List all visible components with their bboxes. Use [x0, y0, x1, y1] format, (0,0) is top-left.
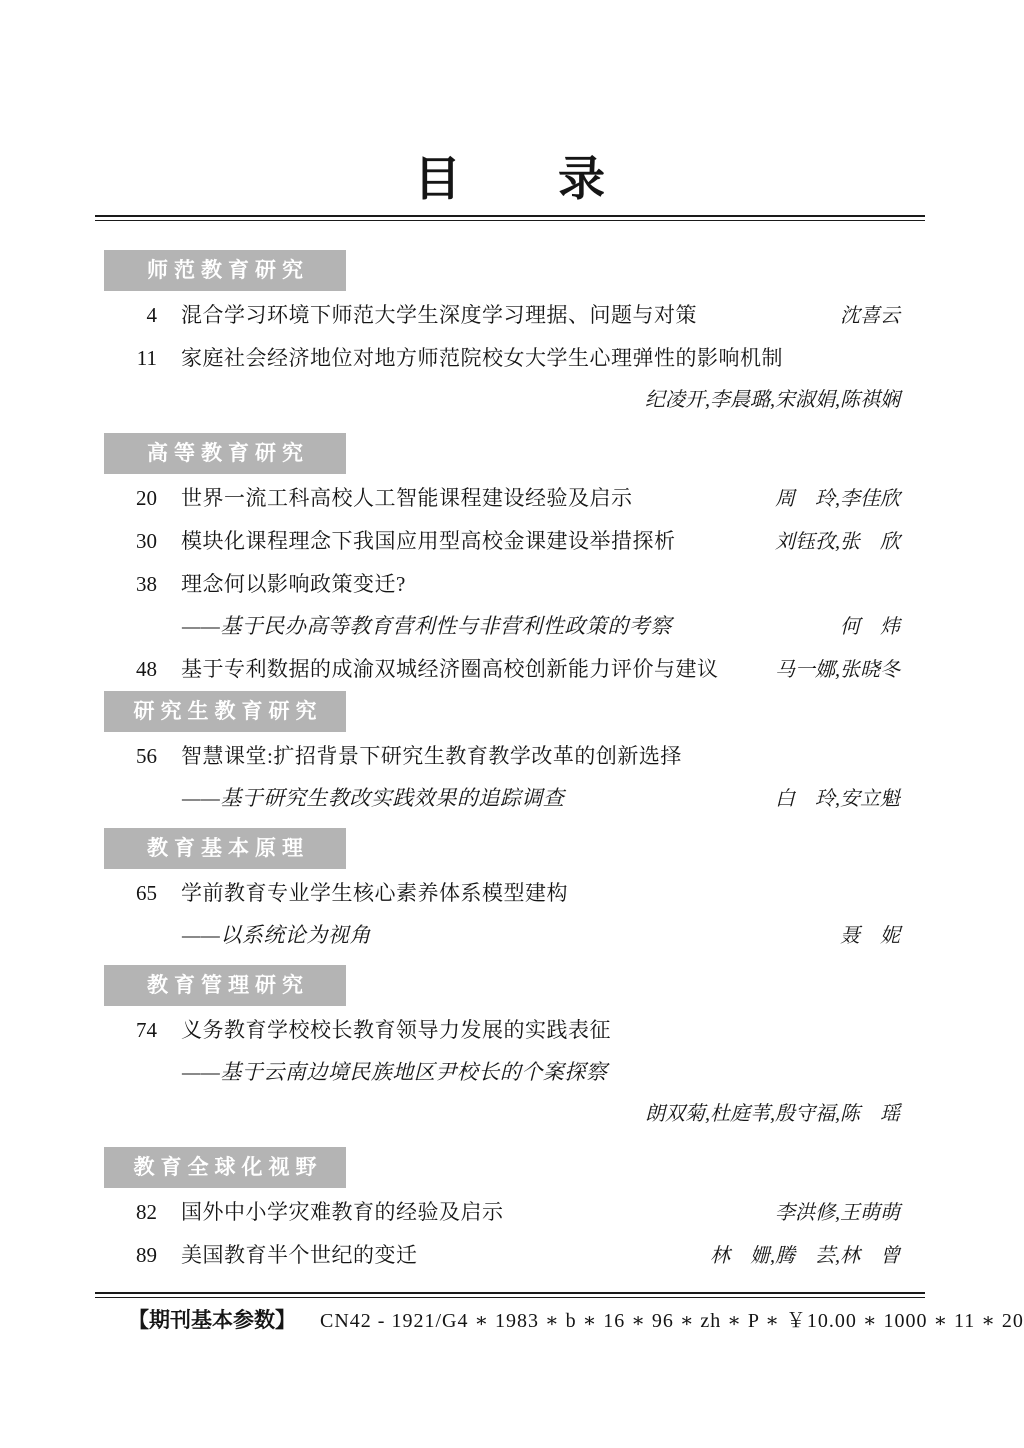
- table-row: 30 模块化课程理念下我国应用型高校金课建设举措探析 刘钰孜,张 欣: [95, 520, 925, 563]
- section-global-perspective: 教育全球化视野 82 国外中小学灾难教育的经验及启示 李洪修,王萌萌 89 美国…: [95, 1147, 925, 1277]
- article-authors: 纪凌开,李晨璐,宋淑娟,陈祺娴: [645, 379, 900, 421]
- section-header: 教育管理研究: [104, 965, 346, 1006]
- table-row: 11 家庭社会经济地位对地方师范院校女大学生心理弹性的影响机制: [95, 337, 925, 379]
- article-authors: 聂 妮: [840, 915, 900, 957]
- section-header: 教育全球化视野: [104, 1147, 346, 1188]
- section-education-management: 教育管理研究 74 义务教育学校校长教育领导力发展的实践表征 ——基于云南边境民…: [95, 965, 925, 1135]
- article-title: 模块化课程理念下我国应用型高校金课建设举措探析: [181, 520, 763, 562]
- article-title: 美国教育半个世纪的变迁: [181, 1234, 698, 1276]
- article-title: 智慧课堂:扩招背景下研究生教育教学改革的创新选择: [181, 735, 900, 777]
- section-rows: 56 智慧课堂:扩招背景下研究生教育教学改革的创新选择 ——基于研究生教改实践效…: [95, 735, 925, 820]
- subtitle-row: ——基于研究生教改实践效果的追踪调查 白 玲,安立魁: [95, 777, 925, 820]
- article-subtitle: ——基于民办高等教育营利性与非营利性政策的考察: [182, 605, 828, 647]
- section-normal-education: 师范教育研究 4 混合学习环境下师范大学生深度学习理据、问题与对策 沈喜云 11…: [95, 250, 925, 421]
- article-authors: 李洪修,王萌萌: [775, 1192, 900, 1234]
- article-title: 基于专利数据的成渝双城经济圈高校创新能力评价与建议: [181, 648, 763, 690]
- table-row: 38 理念何以影响政策变迁?: [95, 563, 925, 605]
- page-number: 11: [95, 337, 157, 379]
- toc-page: 目 录 师范教育研究 4 混合学习环境下师范大学生深度学习理据、问题与对策 沈喜…: [0, 0, 1024, 1336]
- article-authors: 沈喜云: [840, 295, 900, 337]
- page-number: 38: [95, 563, 157, 605]
- section-rows: 82 国外中小学灾难教育的经验及启示 李洪修,王萌萌 89 美国教育半个世纪的变…: [95, 1191, 925, 1277]
- page-number: 48: [95, 648, 157, 690]
- table-row: 56 智慧课堂:扩招背景下研究生教育教学改革的创新选择: [95, 735, 925, 777]
- page-number: 20: [95, 477, 157, 519]
- section-header: 师范教育研究: [104, 250, 346, 291]
- article-authors: 白 玲,安立魁: [775, 778, 900, 820]
- table-row: 74 义务教育学校校长教育领导力发展的实践表征: [95, 1009, 925, 1051]
- article-subtitle: ——基于云南边境民族地区尹校长的个案探察: [182, 1051, 900, 1093]
- article-title: 混合学习环境下师范大学生深度学习理据、问题与对策: [181, 294, 828, 336]
- page-number: 65: [95, 872, 157, 914]
- section-graduate-education: 研究生教育研究 56 智慧课堂:扩招背景下研究生教育教学改革的创新选择 ——基于…: [95, 691, 925, 820]
- subtitle-row: ——以系统论为视角 聂 妮: [95, 914, 925, 957]
- section-rows: 74 义务教育学校校长教育领导力发展的实践表征 ——基于云南边境民族地区尹校长的…: [95, 1009, 925, 1135]
- article-authors: 刘钰孜,张 欣: [775, 521, 900, 563]
- article-subtitle: ——基于研究生教改实践效果的追踪调查: [182, 777, 763, 819]
- page-number: 30: [95, 520, 157, 562]
- article-authors: 何 炜: [840, 606, 900, 648]
- section-header: 高等教育研究: [104, 433, 346, 474]
- table-row: 48 基于专利数据的成渝双城经济圈高校创新能力评价与建议 马一娜,张晓冬: [95, 648, 925, 691]
- authors-row: 纪凌开,李晨璐,宋淑娟,陈祺娴: [95, 379, 925, 421]
- section-rows: 65 学前教育专业学生核心素养体系模型建构 ——以系统论为视角 聂 妮: [95, 872, 925, 957]
- table-row: 82 国外中小学灾难教育的经验及启示 李洪修,王萌萌: [95, 1191, 925, 1234]
- journal-parameters-value: CN42 - 1921/G4 ∗ 1983 ∗ b ∗ 16 ∗ 96 ∗ zh…: [320, 1306, 1024, 1336]
- section-basic-principles: 教育基本原理 65 学前教育专业学生核心素养体系模型建构 ——以系统论为视角 聂…: [95, 828, 925, 957]
- page-number: 56: [95, 735, 157, 777]
- article-title: 家庭社会经济地位对地方师范院校女大学生心理弹性的影响机制: [181, 337, 900, 379]
- article-authors: 马一娜,张晓冬: [775, 649, 900, 691]
- article-title: 国外中小学灾难教育的经验及启示: [181, 1191, 763, 1233]
- section-header: 研究生教育研究: [104, 691, 346, 732]
- table-row: 20 世界一流工科高校人工智能课程建设经验及启示 周 玲,李佳欣: [95, 477, 925, 520]
- page-title: 目 录: [95, 150, 925, 210]
- article-authors: 林 姗,腾 芸,林 曾: [710, 1235, 900, 1277]
- section-higher-education: 高等教育研究 20 世界一流工科高校人工智能课程建设经验及启示 周 玲,李佳欣 …: [95, 433, 925, 691]
- journal-parameters: 【期刊基本参数】 CN42 - 1921/G4 ∗ 1983 ∗ b ∗ 16 …: [95, 1306, 925, 1336]
- article-authors: 周 玲,李佳欣: [775, 478, 900, 520]
- article-title: 义务教育学校校长教育领导力发展的实践表征: [181, 1009, 900, 1051]
- table-row: 89 美国教育半个世纪的变迁 林 姗,腾 芸,林 曾: [95, 1234, 925, 1277]
- article-title: 学前教育专业学生核心素养体系模型建构: [181, 872, 900, 914]
- table-row: 65 学前教育专业学生核心素养体系模型建构: [95, 872, 925, 914]
- article-authors: 朗双菊,杜庭苇,殷守福,陈 瑶: [645, 1093, 900, 1135]
- authors-row: 朗双菊,杜庭苇,殷守福,陈 瑶: [95, 1093, 925, 1135]
- page-number: 4: [95, 294, 157, 336]
- subtitle-row: ——基于民办高等教育营利性与非营利性政策的考察 何 炜: [95, 605, 925, 648]
- top-double-rule: [95, 215, 925, 221]
- bottom-double-rule: [95, 1292, 925, 1298]
- article-title: 理念何以影响政策变迁?: [181, 563, 900, 605]
- journal-parameters-label: 【期刊基本参数】: [128, 1306, 296, 1336]
- section-rows: 4 混合学习环境下师范大学生深度学习理据、问题与对策 沈喜云 11 家庭社会经济…: [95, 294, 925, 421]
- section-rows: 20 世界一流工科高校人工智能课程建设经验及启示 周 玲,李佳欣 30 模块化课…: [95, 477, 925, 691]
- article-title: 世界一流工科高校人工智能课程建设经验及启示: [181, 477, 763, 519]
- page-number: 89: [95, 1234, 157, 1276]
- table-row: 4 混合学习环境下师范大学生深度学习理据、问题与对策 沈喜云: [95, 294, 925, 337]
- subtitle-row: ——基于云南边境民族地区尹校长的个案探察: [95, 1051, 925, 1093]
- article-subtitle: ——以系统论为视角: [182, 914, 828, 956]
- page-number: 74: [95, 1009, 157, 1051]
- section-header: 教育基本原理: [104, 828, 346, 869]
- page-number: 82: [95, 1191, 157, 1233]
